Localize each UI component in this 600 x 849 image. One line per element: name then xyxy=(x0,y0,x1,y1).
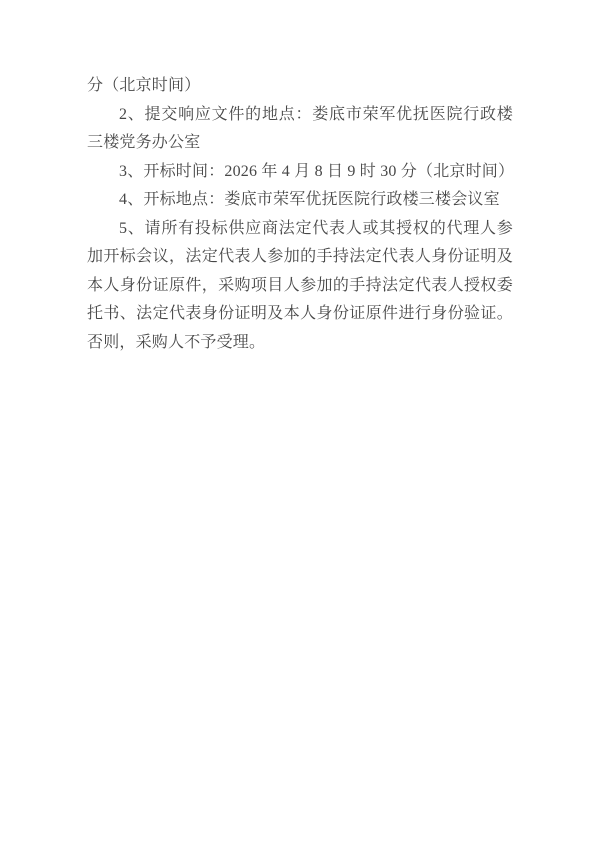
paragraph-submission-location: 2、提交响应文件的地点：娄底市荣军优抚医院行政楼三楼党务办公室 xyxy=(87,101,513,158)
document-body-text: 分（北京时间） 2、提交响应文件的地点：娄底市荣军优抚医院行政楼三楼党务办公室 … xyxy=(87,72,513,357)
document-page: 分（北京时间） 2、提交响应文件的地点：娄底市荣军优抚医院行政楼三楼党务办公室 … xyxy=(0,0,600,849)
paragraph-bid-opening-time: 3、开标时间：2026 年 4 月 8 日 9 时 30 分（北京时间） xyxy=(87,158,513,187)
paragraph-bid-opening-location: 4、开标地点：娄底市荣军优抚医院行政楼三楼会议室 xyxy=(87,186,513,215)
paragraph-attendance-requirements: 5、请所有投标供应商法定代表人或其授权的代理人参加开标会议，法定代表人参加的手持… xyxy=(87,215,513,358)
paragraph-continuation-beijing-time: 分（北京时间） xyxy=(87,72,513,101)
